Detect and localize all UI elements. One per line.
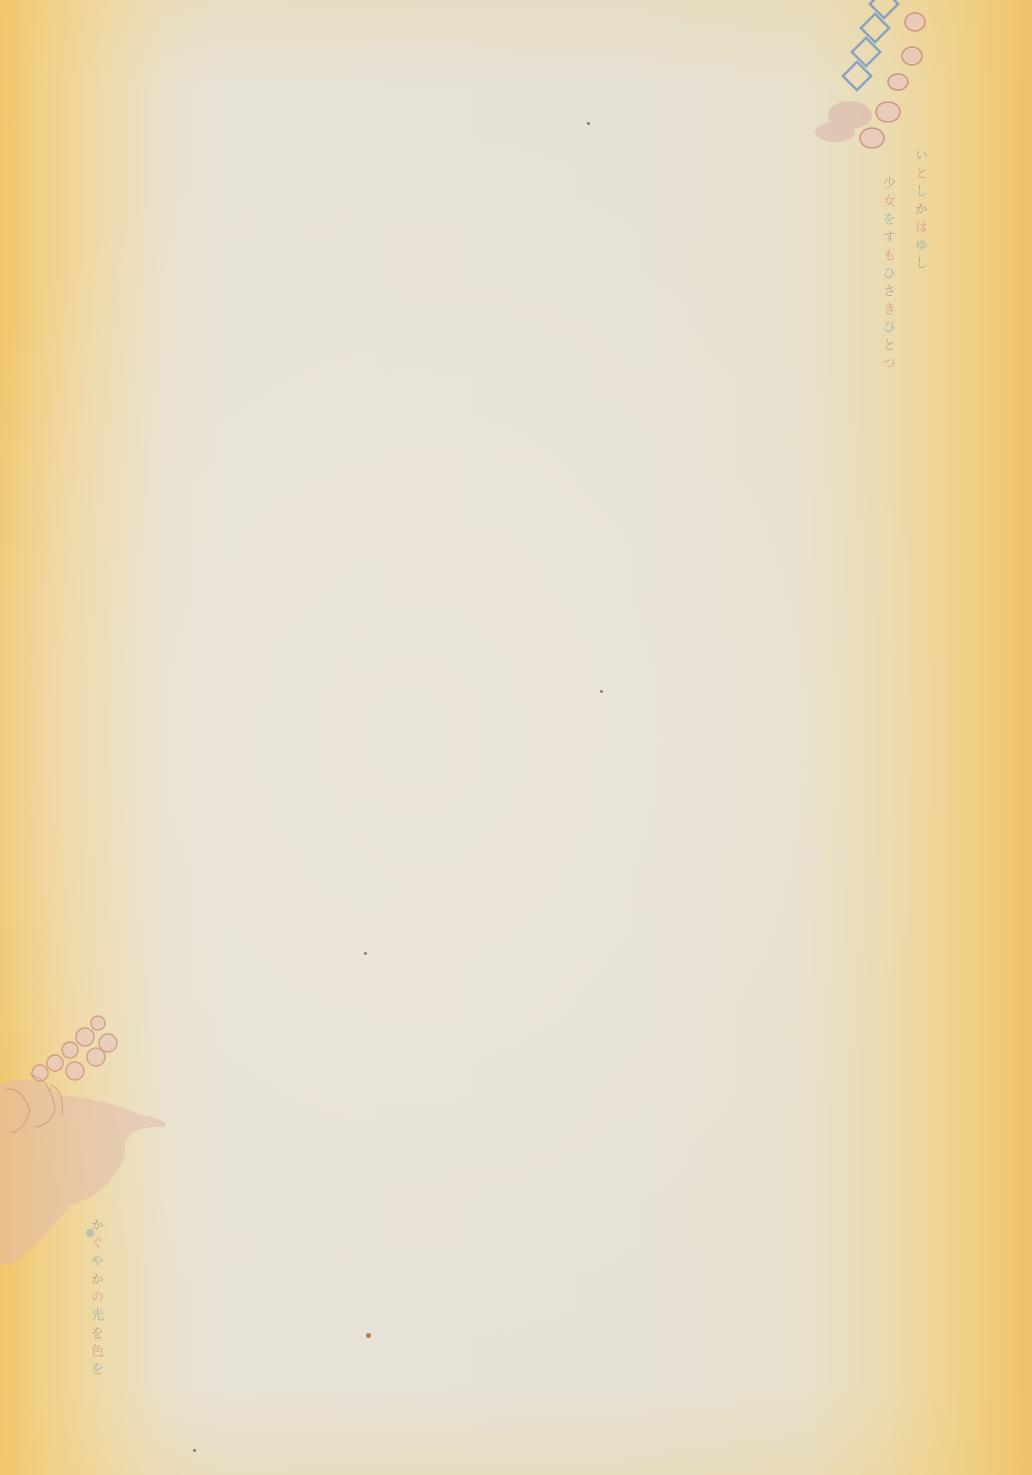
verse-character: 女	[880, 194, 895, 212]
verse-character: を	[880, 212, 895, 230]
verse-character: の	[88, 1290, 103, 1308]
verse-character: し	[912, 184, 927, 202]
verse-character: い	[912, 148, 927, 166]
verse-character: か	[88, 1272, 103, 1290]
verse-character: 光	[88, 1308, 103, 1326]
verse-character: は	[912, 220, 927, 238]
verse-character: ひ	[880, 266, 895, 284]
verse-character: き	[880, 302, 895, 320]
verse-character: ゆ	[912, 238, 927, 256]
verse-character: す	[880, 230, 895, 248]
verse-character: を	[88, 1362, 103, 1380]
verse-character: 色	[88, 1344, 103, 1362]
verse-character: や	[88, 1254, 103, 1272]
verse-character: つ	[880, 356, 895, 374]
paper-speck	[193, 1449, 196, 1452]
verse-character: ひ	[880, 320, 895, 338]
paper-speck	[366, 1333, 371, 1338]
verse-line-3: かぐやかの光を色を	[86, 1218, 105, 1380]
verse-character: ぐ	[88, 1236, 103, 1254]
verse-line-2: 少女をすもひさきひとつ	[878, 176, 897, 374]
verse-character: し	[912, 256, 927, 274]
verse-character: さ	[880, 284, 895, 302]
diamond-ornament-icon	[810, 0, 940, 170]
verse-character: も	[880, 248, 895, 266]
paper-speck	[587, 122, 590, 125]
verse-character: か	[912, 202, 927, 220]
verse-line-1: いとしかはゆし	[910, 148, 929, 274]
verse-character: と	[912, 166, 927, 184]
paper-speck	[600, 690, 603, 693]
verse-character: を	[88, 1326, 103, 1344]
verse-character: 少	[880, 176, 895, 194]
paper-speck	[364, 952, 367, 955]
verse-character: か	[88, 1218, 103, 1236]
verse-character: と	[880, 338, 895, 356]
